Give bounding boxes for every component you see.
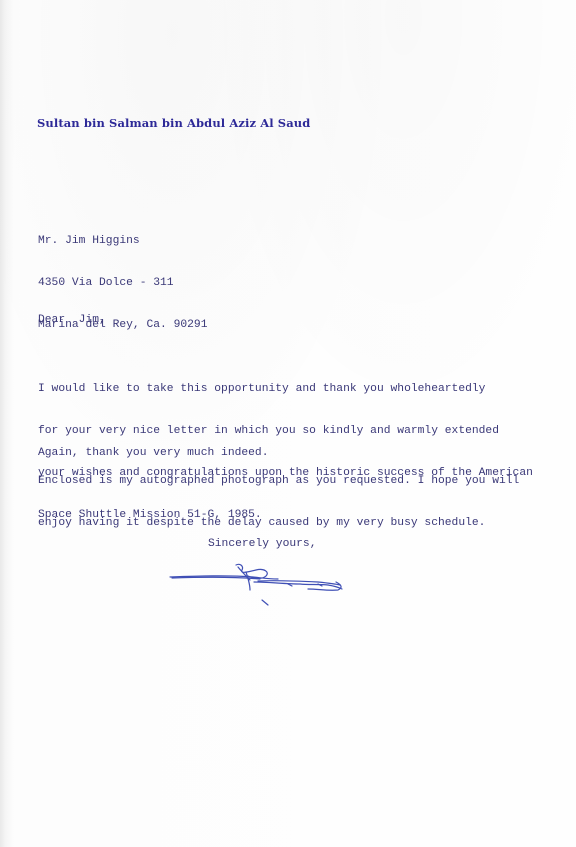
- signature-image: [168, 560, 348, 615]
- closing: Sincerely yours,: [208, 537, 316, 551]
- recipient-name: Mr. Jim Higgins: [38, 234, 207, 248]
- paragraph-line: Enclosed is my autographed photograph as…: [38, 474, 519, 488]
- salutation: Dear Jim,: [38, 313, 106, 327]
- letterhead-name: Sultan bin Salman bin Abdul Aziz Al Saud: [37, 116, 310, 130]
- letter-paper: Sultan bin Salman bin Abdul Aziz Al Saud…: [0, 0, 576, 847]
- recipient-address: Mr. Jim Higgins 4350 Via Dolce - 311 Mar…: [38, 206, 207, 360]
- paragraph-line: enjoy having it despite the delay caused…: [38, 516, 519, 530]
- paragraph-line: I would like to take this opportunity an…: [38, 382, 533, 396]
- recipient-street: 4350 Via Dolce - 311: [38, 276, 207, 290]
